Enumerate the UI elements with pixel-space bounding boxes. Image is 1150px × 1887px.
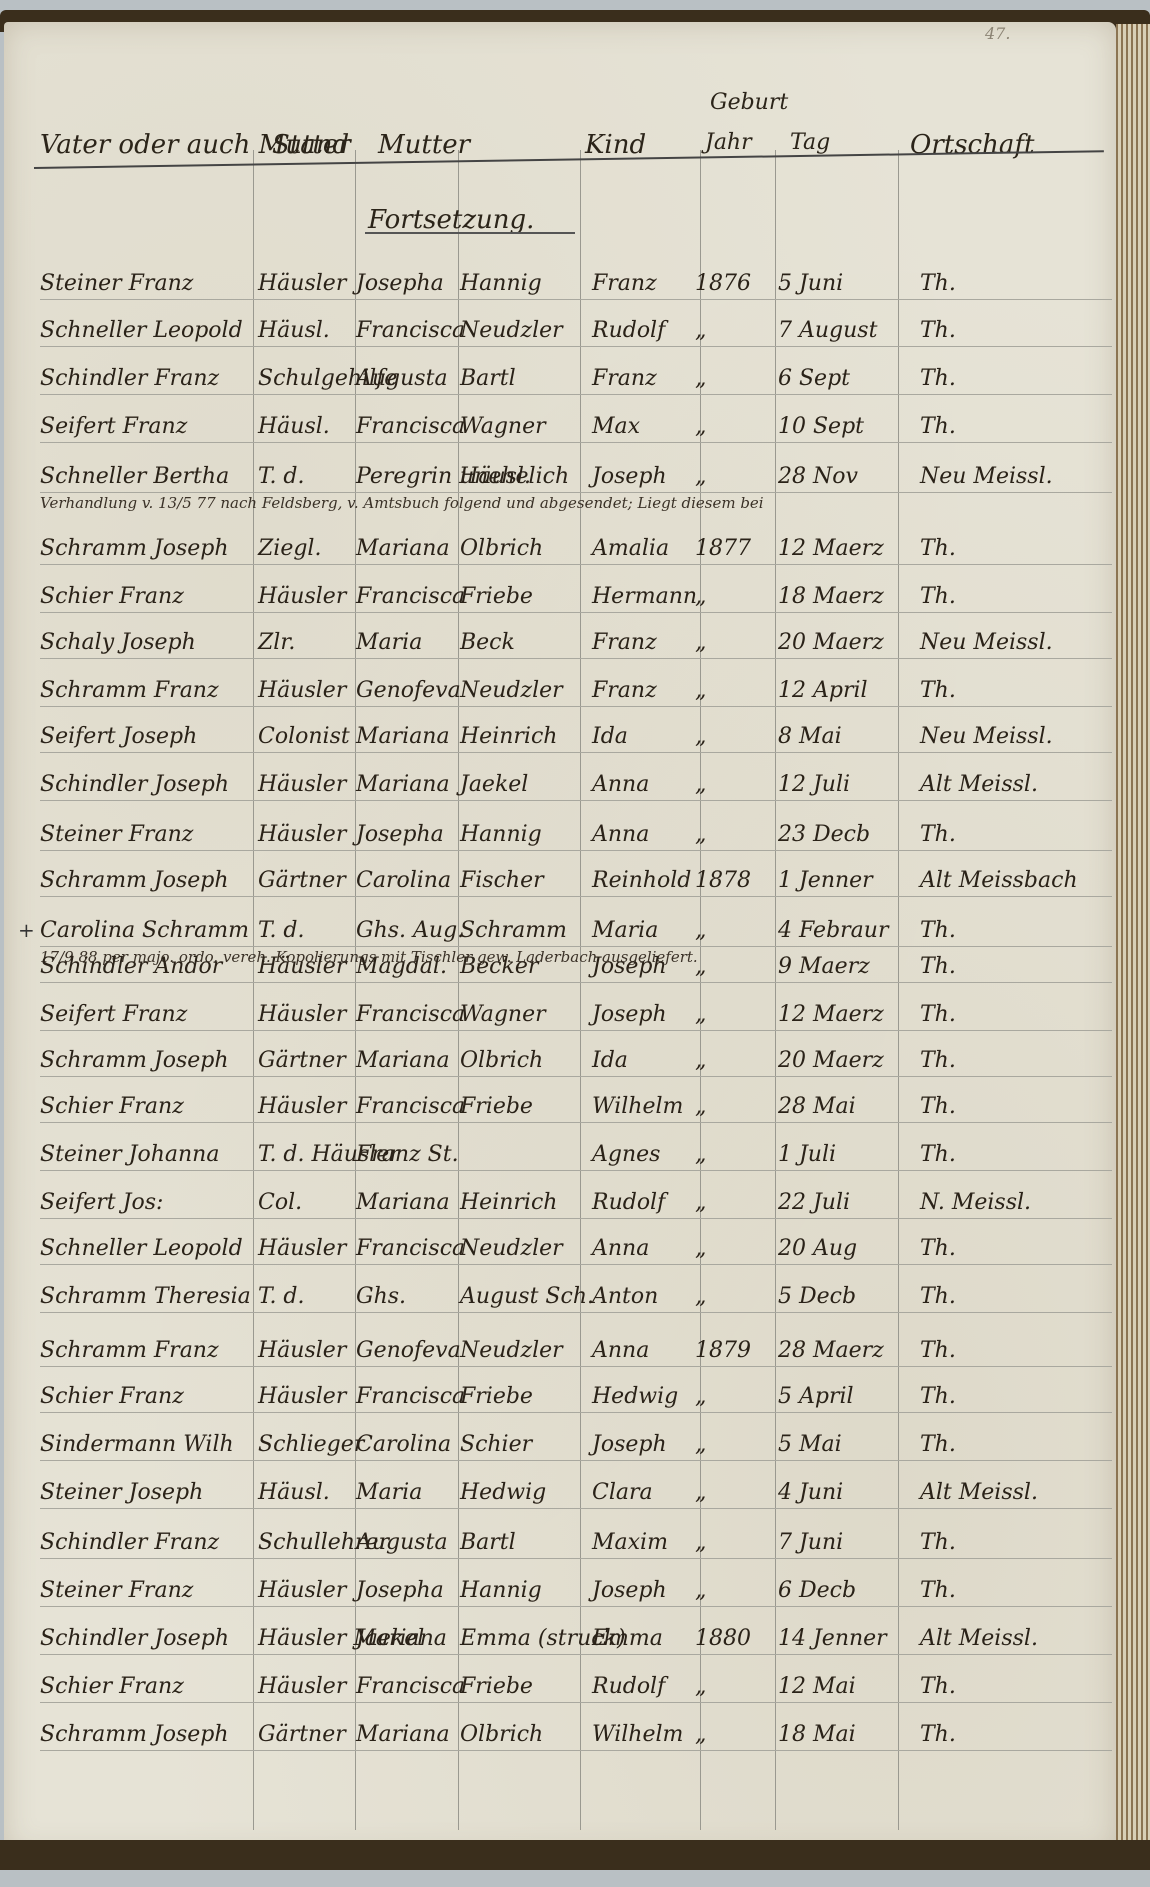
occupation: Häusler bbox=[258, 678, 346, 703]
mother-first-name: Jaekel bbox=[356, 1626, 424, 1651]
place-name: Th. bbox=[920, 414, 956, 439]
birth-year: „ bbox=[695, 584, 706, 609]
mother-last-name: Jaekel bbox=[460, 772, 528, 797]
child-name: Franz bbox=[592, 271, 657, 296]
mother-first-name: Carolina bbox=[356, 1432, 451, 1457]
birth-day: 7 August bbox=[778, 318, 877, 343]
father-name: Schramm Joseph bbox=[40, 536, 229, 561]
register-row: Steiner JosephHäusl.MariaHedwigClara„4 J… bbox=[40, 1474, 1112, 1514]
father-name: Schindler Franz bbox=[40, 366, 219, 391]
child-name: Amalia bbox=[592, 536, 669, 561]
child-name: Joseph bbox=[592, 464, 667, 489]
mother-first-name: Mariana bbox=[356, 1190, 450, 1215]
child-name: Ida bbox=[592, 724, 628, 749]
father-name: Schier Franz bbox=[40, 1384, 184, 1409]
register-row: Schramm TheresiaT. d.Ghs.August Sch.Anto… bbox=[40, 1278, 1112, 1318]
birth-day: 28 Maerz bbox=[778, 1338, 884, 1363]
register-row: Schneller BerthaT. d.Peregrin Häusl.uneh… bbox=[40, 458, 1112, 498]
occupation: Zlr. bbox=[258, 630, 295, 655]
birth-year: „ bbox=[695, 318, 706, 343]
mother-last-name: Hannig bbox=[460, 271, 542, 296]
header-place: Ortschaft bbox=[910, 130, 1034, 160]
father-name: Seifert Franz bbox=[40, 414, 187, 439]
father-name: Steiner Johanna bbox=[40, 1142, 219, 1167]
mother-first-name: Francisca bbox=[356, 1236, 465, 1261]
birth-year: 1879 bbox=[695, 1338, 751, 1363]
occupation: Häusler bbox=[258, 1578, 346, 1603]
child-name: Anna bbox=[592, 1236, 649, 1261]
mother-last-name: Friebe bbox=[460, 1094, 533, 1119]
mother-first-name: Josepha bbox=[356, 1578, 444, 1603]
birth-day: 12 Juli bbox=[778, 772, 850, 797]
birth-day: 14 Jenner bbox=[778, 1626, 887, 1651]
register-row: Schneller LeopoldHäuslerFranciscaNeudzle… bbox=[40, 1230, 1112, 1270]
father-name: Schneller Leopold bbox=[40, 318, 243, 343]
child-name: Ida bbox=[592, 1048, 628, 1073]
birth-year: „ bbox=[695, 366, 706, 391]
child-name: Max bbox=[592, 414, 640, 439]
register-row: Schier FranzHäuslerFranciscaFriebeWilhel… bbox=[40, 1088, 1112, 1128]
child-name: Franz bbox=[592, 366, 657, 391]
register-row: Schramm JosephGärtnerCarolinaFischerRein… bbox=[40, 862, 1112, 902]
continuation-heading: Fortsetzung. bbox=[368, 205, 534, 235]
register-row: Seifert Jos:Col.MarianaHeinrichRudolf„22… bbox=[40, 1184, 1112, 1224]
father-name: Steiner Joseph bbox=[40, 1480, 203, 1505]
father-name: Schramm Joseph bbox=[40, 868, 229, 893]
mother-first-name: Josepha bbox=[356, 822, 444, 847]
birth-year: „ bbox=[695, 630, 706, 655]
register-row: Steiner JohannaT. d. HäuslerFranz St.Agn… bbox=[40, 1136, 1112, 1176]
mother-last-name: Neudzler bbox=[460, 678, 563, 703]
birth-day: 12 April bbox=[778, 678, 868, 703]
mother-first-name: Francisca bbox=[356, 1002, 465, 1027]
birth-year: „ bbox=[695, 1480, 706, 1505]
place-name: Th. bbox=[920, 1236, 956, 1261]
father-name: Schramm Franz bbox=[40, 678, 219, 703]
place-name: Neu Meissl. bbox=[920, 724, 1053, 749]
mother-last-name: Wagner bbox=[460, 1002, 546, 1027]
occupation: Häusler bbox=[258, 1236, 346, 1261]
mother-last-name: Beck bbox=[460, 630, 515, 655]
mother-first-name: Josepha bbox=[356, 271, 444, 296]
register-row: Schramm JosephGärtnerMarianaOlbrichIda„2… bbox=[40, 1042, 1112, 1082]
place-name: Th. bbox=[920, 1338, 956, 1363]
birth-year: „ bbox=[695, 1578, 706, 1603]
child-name: Maria bbox=[592, 918, 658, 943]
birth-day: 6 Decb bbox=[778, 1578, 856, 1603]
child-name: Anna bbox=[592, 772, 649, 797]
father-name: Steiner Franz bbox=[40, 271, 193, 296]
mother-first-name: Maria bbox=[356, 630, 422, 655]
father-name: Schneller Bertha bbox=[40, 464, 229, 489]
child-name: Wilhelm bbox=[592, 1094, 683, 1119]
birth-day: 6 Sept bbox=[778, 366, 850, 391]
place-name: Th. bbox=[920, 918, 956, 943]
child-name: Franz bbox=[592, 678, 657, 703]
birth-day: 4 Juni bbox=[778, 1480, 843, 1505]
birth-day: 5 Juni bbox=[778, 271, 843, 296]
occupation: Häusler bbox=[258, 271, 346, 296]
occupation: Col. bbox=[258, 1190, 302, 1215]
register-row: Steiner FranzHäuslerJosephaHannigFranz18… bbox=[40, 265, 1112, 305]
child-name: Franz bbox=[592, 630, 657, 655]
place-name: N. Meissl. bbox=[920, 1190, 1031, 1215]
place-name: Th. bbox=[920, 366, 956, 391]
mother-first-name: Genofeva bbox=[356, 678, 461, 703]
birth-day: 18 Mai bbox=[778, 1722, 856, 1747]
birth-day: 23 Decb bbox=[778, 822, 870, 847]
birth-year: „ bbox=[695, 954, 706, 979]
occupation: T. d. bbox=[258, 1284, 305, 1309]
mother-first-name: Magdal. bbox=[356, 954, 447, 979]
occupation: Häusler bbox=[258, 954, 346, 979]
mother-first-name: Francisca bbox=[356, 1384, 465, 1409]
child-name: Joseph bbox=[592, 954, 667, 979]
mother-last-name: Wagner bbox=[460, 414, 546, 439]
mother-last-name: Olbrich bbox=[460, 1722, 543, 1747]
register-row: Schramm FranzHäuslerGenofevaNeudzlerAnna… bbox=[40, 1332, 1112, 1372]
place-name: Th. bbox=[920, 678, 956, 703]
place-name: Neu Meissl. bbox=[920, 464, 1053, 489]
birth-year: „ bbox=[695, 918, 706, 943]
child-name: Agnes bbox=[592, 1142, 660, 1167]
birth-year: „ bbox=[695, 464, 706, 489]
place-name: Alt Meissl. bbox=[920, 1626, 1038, 1651]
child-name: Rudolf bbox=[592, 1674, 665, 1699]
child-name: Emma bbox=[592, 1626, 663, 1651]
place-name: Th. bbox=[920, 1094, 956, 1119]
mother-first-name: Mariana bbox=[356, 724, 450, 749]
mother-last-name: Olbrich bbox=[460, 1048, 543, 1073]
occupation: Häusl. bbox=[258, 414, 330, 439]
mother-first-name: Mariana bbox=[356, 1048, 450, 1073]
place-name: Th. bbox=[920, 1048, 956, 1073]
marginal-note: Verhandlung v. 13/5 77 nach Feldsberg, v… bbox=[40, 494, 764, 512]
birth-day: 12 Maerz bbox=[778, 536, 884, 561]
mother-first-name: Ghs. Aug. bbox=[356, 918, 464, 943]
mother-last-name: Hannig bbox=[460, 1578, 542, 1603]
mother-first-name: Maria bbox=[356, 1480, 422, 1505]
place-name: Th. bbox=[920, 1432, 956, 1457]
birth-year: 1876 bbox=[695, 271, 751, 296]
child-name: Anna bbox=[592, 1338, 649, 1363]
occupation: Häusler bbox=[258, 822, 346, 847]
birth-day: 1 Juli bbox=[778, 1142, 836, 1167]
birth-year: 1878 bbox=[695, 868, 751, 893]
mother-first-name: Carolina bbox=[356, 868, 451, 893]
register-row: Steiner FranzHäuslerJosephaHannigAnna„23… bbox=[40, 816, 1112, 856]
father-name: Sindermann Wilh bbox=[40, 1432, 234, 1457]
header-birth: Geburt bbox=[710, 90, 788, 115]
book-binding-bottom bbox=[0, 1840, 1150, 1870]
birth-day: 5 Decb bbox=[778, 1284, 856, 1309]
mother-last-name: Friebe bbox=[460, 584, 533, 609]
father-name: Schindler Franz bbox=[40, 1530, 219, 1555]
birth-day: 12 Mai bbox=[778, 1674, 856, 1699]
mother-last-name: Neudzler bbox=[460, 1338, 563, 1363]
father-name: Seifert Jos: bbox=[40, 1190, 163, 1215]
birth-day: 20 Maerz bbox=[778, 630, 884, 655]
header-stand: Stand bbox=[272, 130, 349, 160]
mother-last-name: Neudzler bbox=[460, 318, 563, 343]
birth-day: 20 Aug bbox=[778, 1236, 857, 1261]
birth-day: 28 Nov bbox=[778, 464, 858, 489]
place-name: Alt Meissl. bbox=[920, 1480, 1038, 1505]
occupation: Gärtner bbox=[258, 868, 346, 893]
birth-year: „ bbox=[695, 1530, 706, 1555]
mother-first-name: Ghs. bbox=[356, 1284, 406, 1309]
cross-mark: + bbox=[18, 918, 35, 942]
birth-year: „ bbox=[695, 822, 706, 847]
header-day: Tag bbox=[790, 130, 830, 155]
father-name: Seifert Joseph bbox=[40, 724, 197, 749]
place-name: Th. bbox=[920, 584, 956, 609]
register-row: Schramm JosephGärtnerMarianaOlbrichWilhe… bbox=[40, 1716, 1112, 1756]
place-name: Th. bbox=[920, 954, 956, 979]
father-name: Schindler Andor bbox=[40, 954, 222, 979]
occupation: Häusler bbox=[258, 1002, 346, 1027]
birth-day: 5 April bbox=[778, 1384, 854, 1409]
occupation: Häusler bbox=[258, 1384, 346, 1409]
place-name: Th. bbox=[920, 1002, 956, 1027]
father-name: Schaly Joseph bbox=[40, 630, 196, 655]
mother-first-name: Mariana bbox=[356, 1722, 450, 1747]
birth-day: 22 Juli bbox=[778, 1190, 850, 1215]
birth-year: „ bbox=[695, 1722, 706, 1747]
page-number: 47. bbox=[985, 24, 1010, 43]
occupation: Häusler bbox=[258, 1094, 346, 1119]
header-mother: Mutter bbox=[378, 130, 470, 160]
father-name: Schier Franz bbox=[40, 584, 184, 609]
place-name: Th. bbox=[920, 1722, 956, 1747]
register-row: Schier FranzHäuslerFranciscaFriebeHerman… bbox=[40, 578, 1112, 618]
place-name: Alt Meissl. bbox=[920, 772, 1038, 797]
mother-last-name: Schramm bbox=[460, 918, 567, 943]
father-name: Schramm Franz bbox=[40, 1338, 219, 1363]
mother-last-name: Olbrich bbox=[460, 536, 543, 561]
birth-year: „ bbox=[695, 1048, 706, 1073]
child-name: Rudolf bbox=[592, 1190, 665, 1215]
register-row: Schneller LeopoldHäusl.FranciscaNeudzler… bbox=[40, 312, 1112, 352]
birth-year: „ bbox=[695, 1142, 706, 1167]
occupation: T. d. bbox=[258, 918, 305, 943]
subheading-underline bbox=[365, 232, 575, 234]
place-name: Th. bbox=[920, 536, 956, 561]
birth-year: „ bbox=[695, 1284, 706, 1309]
birth-year: „ bbox=[695, 1002, 706, 1027]
mother-first-name: Francisca bbox=[356, 1094, 465, 1119]
father-name: Carolina Schramm bbox=[40, 918, 249, 943]
place-name: Th. bbox=[920, 1530, 956, 1555]
father-name: Steiner Franz bbox=[40, 1578, 193, 1603]
child-name: Hermann bbox=[592, 584, 697, 609]
occupation: Häusler bbox=[258, 584, 346, 609]
mother-first-name: Augusta bbox=[356, 366, 448, 391]
father-name: Schramm Joseph bbox=[40, 1048, 229, 1073]
birth-year: „ bbox=[695, 414, 706, 439]
mother-last-name: Friebe bbox=[460, 1674, 533, 1699]
register-row: Schier FranzHäuslerFranciscaFriebeHedwig… bbox=[40, 1378, 1112, 1418]
father-name: Schier Franz bbox=[40, 1674, 184, 1699]
mother-last-name: Becker bbox=[460, 954, 538, 979]
birth-year: „ bbox=[695, 1190, 706, 1215]
father-name: Schier Franz bbox=[40, 1094, 184, 1119]
birth-year: „ bbox=[695, 1384, 706, 1409]
child-name: Anton bbox=[592, 1284, 658, 1309]
father-name: Steiner Franz bbox=[40, 822, 193, 847]
birth-day: 12 Maerz bbox=[778, 1002, 884, 1027]
birth-year: 1877 bbox=[695, 536, 751, 561]
mother-last-name: Hedwig bbox=[460, 1480, 546, 1505]
place-name: Th. bbox=[920, 1284, 956, 1309]
child-name: Anna bbox=[592, 822, 649, 847]
register-row: Schaly JosephZlr.MariaBeckFranz„20 Maerz… bbox=[40, 624, 1112, 664]
place-name: Th. bbox=[920, 822, 956, 847]
page-edges bbox=[1116, 24, 1150, 1854]
place-name: Th. bbox=[920, 271, 956, 296]
register-row: Schindler JosephHäusler MarianaJaekelEmm… bbox=[40, 1620, 1112, 1660]
mother-last-name: Bartl bbox=[460, 366, 516, 391]
mother-last-name: Bartl bbox=[460, 1530, 516, 1555]
place-name: Th. bbox=[920, 1142, 956, 1167]
birth-year: 1880 bbox=[695, 1626, 751, 1651]
mother-first-name: Franz St. bbox=[356, 1142, 459, 1167]
occupation: Ziegl. bbox=[258, 536, 321, 561]
birth-year: „ bbox=[695, 678, 706, 703]
birth-year: „ bbox=[695, 724, 706, 749]
child-name: Rudolf bbox=[592, 318, 665, 343]
mother-last-name: August Sch. bbox=[460, 1284, 594, 1309]
place-name: Th. bbox=[920, 1674, 956, 1699]
child-name: Joseph bbox=[592, 1432, 667, 1457]
child-name: Maxim bbox=[592, 1530, 668, 1555]
occupation: Gärtner bbox=[258, 1048, 346, 1073]
child-name: Clara bbox=[592, 1480, 653, 1505]
occupation: Gärtner bbox=[258, 1722, 346, 1747]
father-name: Schindler Joseph bbox=[40, 1626, 229, 1651]
occupation: Häusl. bbox=[258, 1480, 330, 1505]
header-year: Jahr bbox=[705, 130, 752, 155]
mother-first-name: Augusta bbox=[356, 1530, 448, 1555]
birth-year: „ bbox=[695, 1432, 706, 1457]
birth-day: 7 Juni bbox=[778, 1530, 843, 1555]
child-name: Joseph bbox=[592, 1002, 667, 1027]
register-row: Schramm FranzHäuslerGenofevaNeudzlerFran… bbox=[40, 672, 1112, 712]
mother-last-name: Schier bbox=[460, 1432, 532, 1457]
child-name: Hedwig bbox=[592, 1384, 678, 1409]
birth-day: 8 Mai bbox=[778, 724, 842, 749]
register-row: Schindler AndorHäuslerMagdal.BeckerJosep… bbox=[40, 948, 1112, 988]
birth-day: 4 Febraur bbox=[778, 918, 888, 943]
register-row: Schindler FranzSchulgehilfeAugustaBartlF… bbox=[40, 360, 1112, 400]
register-row: Schindler JosephHäuslerMarianaJaekelAnna… bbox=[40, 766, 1112, 806]
register-row: Schramm JosephZiegl.MarianaOlbrichAmalia… bbox=[40, 530, 1112, 570]
mother-first-name: Genofeva bbox=[356, 1338, 461, 1363]
birth-day: 9 Maerz bbox=[778, 954, 870, 979]
occupation: T. d. bbox=[258, 464, 305, 489]
father-name: Schramm Theresia bbox=[40, 1284, 251, 1309]
birth-year: „ bbox=[695, 1674, 706, 1699]
mother-first-name: Mariana bbox=[356, 536, 450, 561]
register-row: Sindermann WilhSchliegerCarolinaSchierJo… bbox=[40, 1426, 1112, 1466]
mother-last-name: Heinrich bbox=[460, 724, 557, 749]
mother-last-name: unehelich bbox=[460, 464, 569, 489]
child-name: Reinhold bbox=[592, 868, 691, 893]
mother-first-name: Francisca bbox=[356, 584, 465, 609]
occupation: Häusl. bbox=[258, 318, 330, 343]
register-row: Seifert FranzHäusl.FranciscaWagnerMax„10… bbox=[40, 408, 1112, 448]
birth-day: 10 Sept bbox=[778, 414, 864, 439]
father-name: Schindler Joseph bbox=[40, 772, 229, 797]
register-row: Seifert JosephColonistMarianaHeinrichIda… bbox=[40, 718, 1112, 758]
mother-last-name: Friebe bbox=[460, 1384, 533, 1409]
place-name: Th. bbox=[920, 1578, 956, 1603]
mother-first-name: Francisca bbox=[356, 1674, 465, 1699]
birth-day: 5 Mai bbox=[778, 1432, 842, 1457]
birth-day: 28 Mai bbox=[778, 1094, 856, 1119]
place-name: Neu Meissl. bbox=[920, 630, 1053, 655]
child-name: Wilhelm bbox=[592, 1722, 683, 1747]
mother-first-name: Mariana bbox=[356, 772, 450, 797]
register-row: Seifert FranzHäuslerFranciscaWagnerJosep… bbox=[40, 996, 1112, 1036]
mother-last-name: Fischer bbox=[460, 868, 544, 893]
birth-day: 18 Maerz bbox=[778, 584, 884, 609]
place-name: Alt Meissbach bbox=[920, 868, 1078, 893]
occupation: Colonist bbox=[258, 724, 350, 749]
mother-last-name: Heinrich bbox=[460, 1190, 557, 1215]
occupation: Schlieger bbox=[258, 1432, 364, 1457]
mother-last-name: Hannig bbox=[460, 822, 542, 847]
mother-first-name: Francisca bbox=[356, 414, 465, 439]
birth-day: 20 Maerz bbox=[778, 1048, 884, 1073]
register-row: Schier FranzHäuslerFranciscaFriebeRudolf… bbox=[40, 1668, 1112, 1708]
register-row: Carolina SchrammT. d.Ghs. Aug.SchrammMar… bbox=[40, 912, 1112, 952]
mother-first-name: Francisca bbox=[356, 318, 465, 343]
birth-day: 1 Jenner bbox=[778, 868, 873, 893]
occupation: Häusler bbox=[258, 1338, 346, 1363]
occupation: Häusler bbox=[258, 772, 346, 797]
header-child: Kind bbox=[585, 130, 646, 160]
occupation: Häusler bbox=[258, 1674, 346, 1699]
father-name: Schramm Joseph bbox=[40, 1722, 229, 1747]
father-name: Schneller Leopold bbox=[40, 1236, 243, 1261]
mother-last-name: Neudzler bbox=[460, 1236, 563, 1261]
register-row: Schindler FranzSchullehrerAugustaBartlMa… bbox=[40, 1524, 1112, 1564]
birth-year: „ bbox=[695, 1094, 706, 1119]
register-row: Steiner FranzHäuslerJosephaHannigJoseph„… bbox=[40, 1572, 1112, 1612]
place-name: Th. bbox=[920, 1384, 956, 1409]
place-name: Th. bbox=[920, 318, 956, 343]
father-name: Seifert Franz bbox=[40, 1002, 187, 1027]
child-name: Joseph bbox=[592, 1578, 667, 1603]
birth-year: „ bbox=[695, 772, 706, 797]
birth-year: „ bbox=[695, 1236, 706, 1261]
